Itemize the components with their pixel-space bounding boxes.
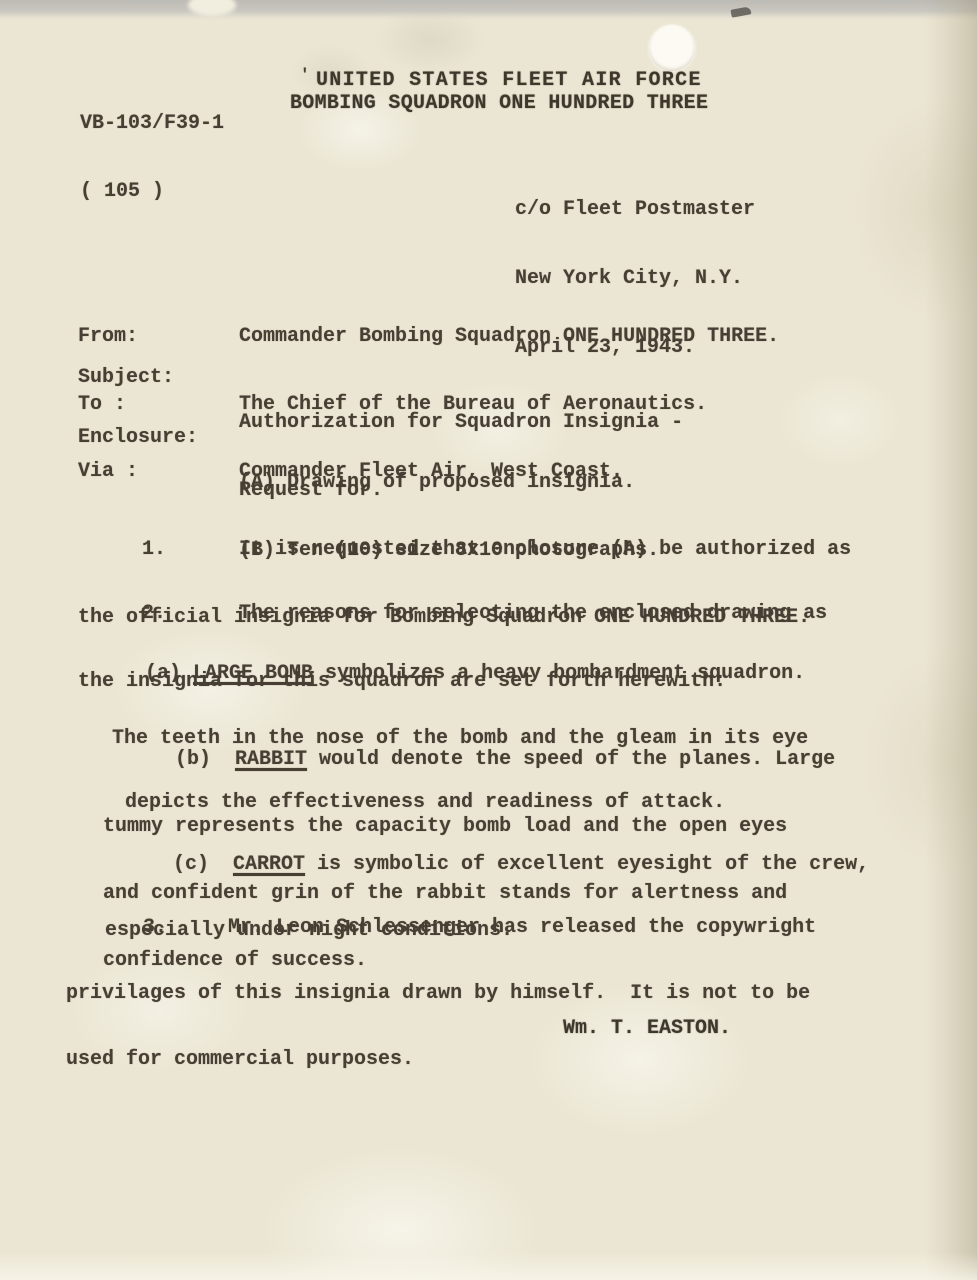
- enclosure-label: Enclosure:: [78, 427, 198, 450]
- item-a-first-line: (a) LARGE BOMB symbolizes a heavy bombar…: [145, 663, 808, 685]
- address-line-1: c/o Fleet Postmaster: [515, 198, 755, 221]
- scan-top-edge: [0, 0, 977, 20]
- item-b-first-line: (b) RABBIT would denote the speed of the…: [175, 749, 835, 771]
- scan-right-shadow: [925, 0, 977, 1280]
- enclosure-line-1: (A) Drawing of proposed insignia.: [239, 472, 659, 495]
- item-a-text: symbolizes a heavy bombardment squadron.: [313, 662, 805, 685]
- from-label: From:: [78, 326, 239, 349]
- letterhead-ref-block: VB-103/F39-1 ( 105 ): [80, 68, 224, 248]
- item-a-prefix: (a): [145, 662, 193, 685]
- item-a-keyword: LARGE BOMB: [193, 662, 313, 685]
- item-b-keyword: RABBIT: [235, 748, 307, 771]
- ref-number: VB-103/F39-1: [80, 113, 224, 136]
- paragraph-3-first-line: 3.Mr. Leon Schlessenger has released the…: [66, 917, 816, 939]
- paragraph-3-number: 3.: [143, 917, 228, 939]
- paragraph-3-line-2: privilages of this insignia drawn by him…: [66, 983, 816, 1005]
- item-b-text: would denote the speed of the planes. La…: [307, 748, 835, 771]
- item-b-prefix: (b): [175, 748, 235, 771]
- signature-name: Wm. T. EASTON.: [563, 1018, 731, 1041]
- to-label: To :: [78, 394, 239, 417]
- punch-hole: [649, 25, 695, 71]
- letter-page: VB-103/F39-1 ( 105 ) ' UNITED STATES FLE…: [0, 0, 977, 1280]
- subject-label: Subject:: [78, 367, 174, 390]
- from-value: Commander Bombing Squadron ONE HUNDRED T…: [239, 325, 779, 348]
- org-name-line-1: UNITED STATES FLEET AIR FORCE: [316, 70, 702, 93]
- stray-typewriter-mark: ': [300, 64, 310, 87]
- paragraph-3-text: Mr. Leon Schlessenger has released the c…: [228, 916, 816, 939]
- paragraph-3-line-3: used for commercial purposes.: [66, 1049, 816, 1071]
- file-number: ( 105 ): [80, 181, 224, 204]
- via-label: Via :: [78, 461, 239, 484]
- routing-row-from: From:Commander Bombing Squadron ONE HUND…: [78, 326, 779, 349]
- org-name-line-2: BOMBING SQUADRON ONE HUNDRED THREE: [290, 93, 708, 116]
- paragraph-3: 3.Mr. Leon Schlessenger has released the…: [66, 873, 816, 1115]
- scan-bottom-edge: [0, 1252, 977, 1280]
